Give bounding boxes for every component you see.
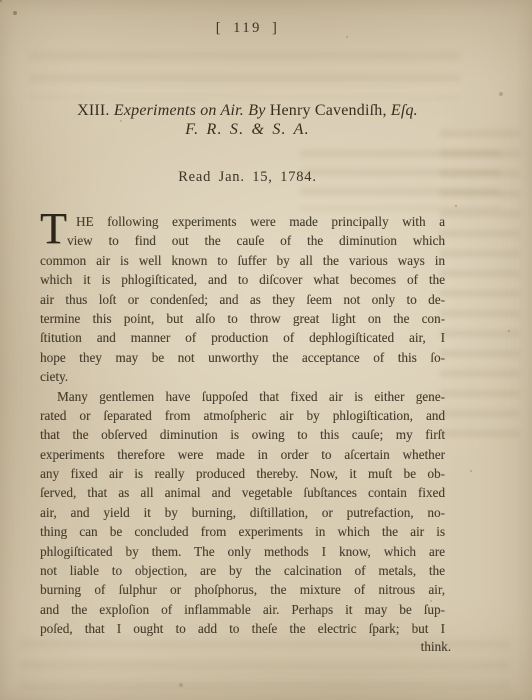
foxing-specks [0, 0, 2, 2]
page-number: [ 119 ] [40, 20, 455, 37]
text-line: any fixed air is really produced thereby… [40, 464, 445, 483]
catchword: think. [421, 639, 451, 655]
text-line: experiments therefore were made in order… [40, 445, 445, 464]
text-line: view to find out the cauſe of the diminu… [40, 231, 445, 250]
text-line: phlogiſticated by them. The only methods… [40, 542, 445, 561]
text-line: thing can be concluded from experiments … [40, 522, 445, 541]
text-line: hope they may be not unworthy the accept… [40, 348, 445, 367]
text-line: Many gentlemen have ſuppoſed that fixed … [40, 387, 445, 406]
fellowship-line: F. R. S. & S. A. [40, 120, 455, 139]
author-honorific: Eſq. [391, 102, 418, 119]
byline-by: By [248, 102, 265, 119]
text-line: ciety. [40, 367, 445, 386]
show-through-texture [30, 52, 460, 98]
text-line: and the exploſion of inflammable air. Pe… [40, 600, 445, 619]
text-line: air thus loſt or condenſed; and as they … [40, 290, 445, 309]
text-line: ſerved, that as all animal and vegetable… [40, 483, 445, 502]
text-line: ſtitution and manner of production of de… [40, 328, 445, 347]
article-title-line: XIII. Experiments on Air. By Henry Caven… [40, 101, 455, 120]
text-line: not liable to objection, are by the calc… [40, 561, 445, 580]
text-line: HE following experiments were made princ… [40, 212, 445, 231]
text-line: that the obſerved diminution is owing to… [40, 425, 445, 444]
drop-cap: T [40, 207, 67, 251]
text-line: common air is well known to ſuffer by al… [40, 251, 445, 270]
text-line: rated or ſeparated from atmoſpheric air … [40, 406, 445, 425]
section-number: XIII. [77, 102, 110, 119]
text-line: termine this point, but alſo to throw gr… [40, 309, 445, 328]
article-title: Experiments on Air. [114, 102, 244, 119]
scanned-paper-page: [ 119 ] XIII. Experiments on Air. By Hen… [0, 0, 532, 700]
author-name: Henry Cavendiſh, [270, 102, 387, 119]
text-line: air, and yield it by burning, diſtillati… [40, 503, 445, 522]
text-line: poſed, that I ought to add to theſe the … [40, 619, 445, 638]
text-line: burning of ſulphur or phoſphorus, the mi… [40, 580, 445, 599]
body-text: T HE following experiments were made pri… [40, 212, 445, 639]
text-line: which it is phlogiſticated, and to diſco… [40, 270, 445, 289]
read-date-line: Read Jan. 15, 1784. [40, 169, 455, 186]
article-heading: XIII. Experiments on Air. By Henry Caven… [40, 101, 455, 139]
